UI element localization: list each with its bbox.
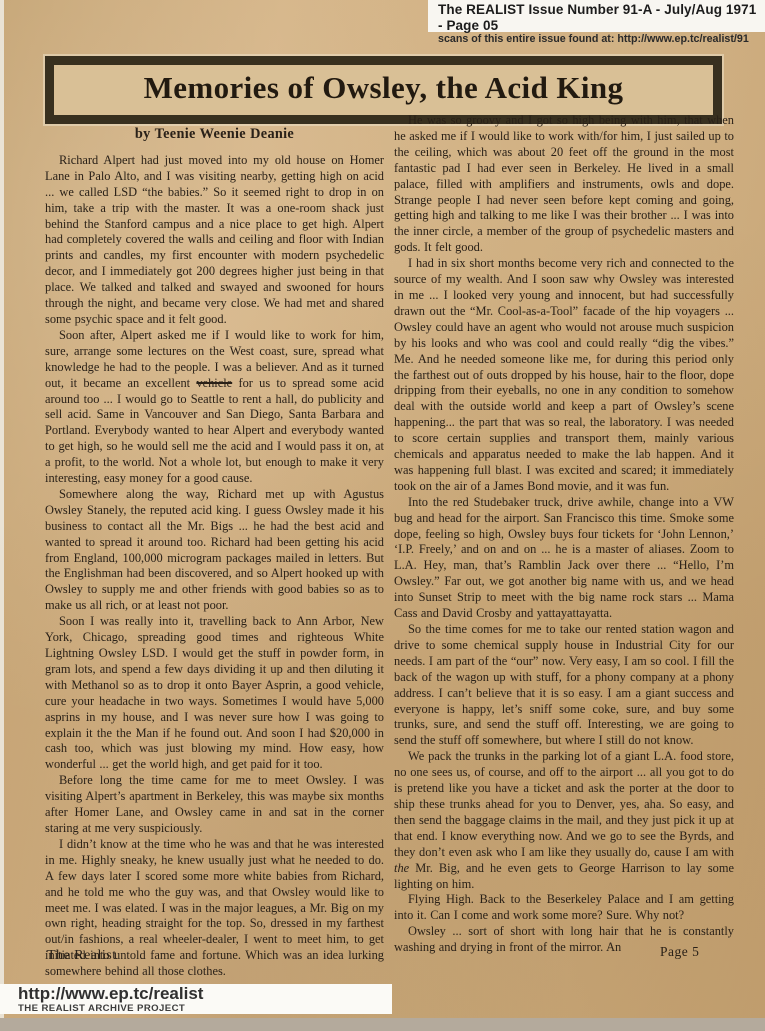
paragraph-text: for us to spread some acid around too ..… [45, 376, 384, 485]
struck-word: vehicle [196, 376, 232, 390]
paragraph: Richard Alpert had just moved into my ol… [45, 153, 384, 328]
paragraph-text: We pack the trunks in the parking lot of… [394, 749, 734, 858]
paragraph-text: Mr. Big, and he even gets to George Harr… [394, 861, 734, 891]
right-column: He was so groovy and I got so high being… [394, 113, 734, 975]
paragraph: Into the red Studebaker truck, drive awh… [394, 495, 734, 622]
scan-bottom-edge [0, 1018, 765, 1031]
left-column: by Teenie Weenie Deanie Richard Alpert h… [45, 113, 384, 975]
paragraph: Soon I was really into it, travelling ba… [45, 614, 384, 773]
archive-footer-label: THE REALIST ARCHIVE PROJECT [18, 1004, 392, 1015]
paragraph: Soon after, Alpert asked me if I would l… [45, 328, 384, 487]
paragraph: Somewhere along the way, Richard met up … [45, 487, 384, 614]
scanned-page: The REALIST Issue Number 91-A - July/Aug… [0, 0, 765, 1031]
page-number: Page 5 [660, 944, 699, 960]
archive-header-issue: The REALIST Issue Number 91-A - July/Aug… [438, 2, 761, 33]
archive-footer: http://www.ep.tc/realist THE REALIST ARC… [0, 984, 392, 1014]
article-columns: by Teenie Weenie Deanie Richard Alpert h… [45, 113, 734, 975]
paragraph: We pack the trunks in the parking lot of… [394, 749, 734, 892]
publication-name: The Realist [47, 948, 117, 964]
scan-edge [0, 0, 4, 1031]
paragraph: Flying High. Back to the Beserkeley Pala… [394, 892, 734, 924]
italic-word: the [394, 861, 409, 875]
paragraph: Before long the time came for me to meet… [45, 773, 384, 837]
paragraph: So the time comes for me to take our ren… [394, 622, 734, 749]
paragraph: He was so groovy and I got so high being… [394, 113, 734, 256]
archive-header: The REALIST Issue Number 91-A - July/Aug… [428, 0, 765, 32]
archive-footer-url: http://www.ep.tc/realist [18, 985, 392, 1004]
archive-header-url: scans of this entire issue found at: htt… [438, 33, 761, 45]
article-title: Memories of Owsley, the Acid King [54, 70, 713, 106]
paragraph: I had in six short months become very ri… [394, 256, 734, 495]
byline: by Teenie Weenie Deanie [45, 127, 384, 143]
